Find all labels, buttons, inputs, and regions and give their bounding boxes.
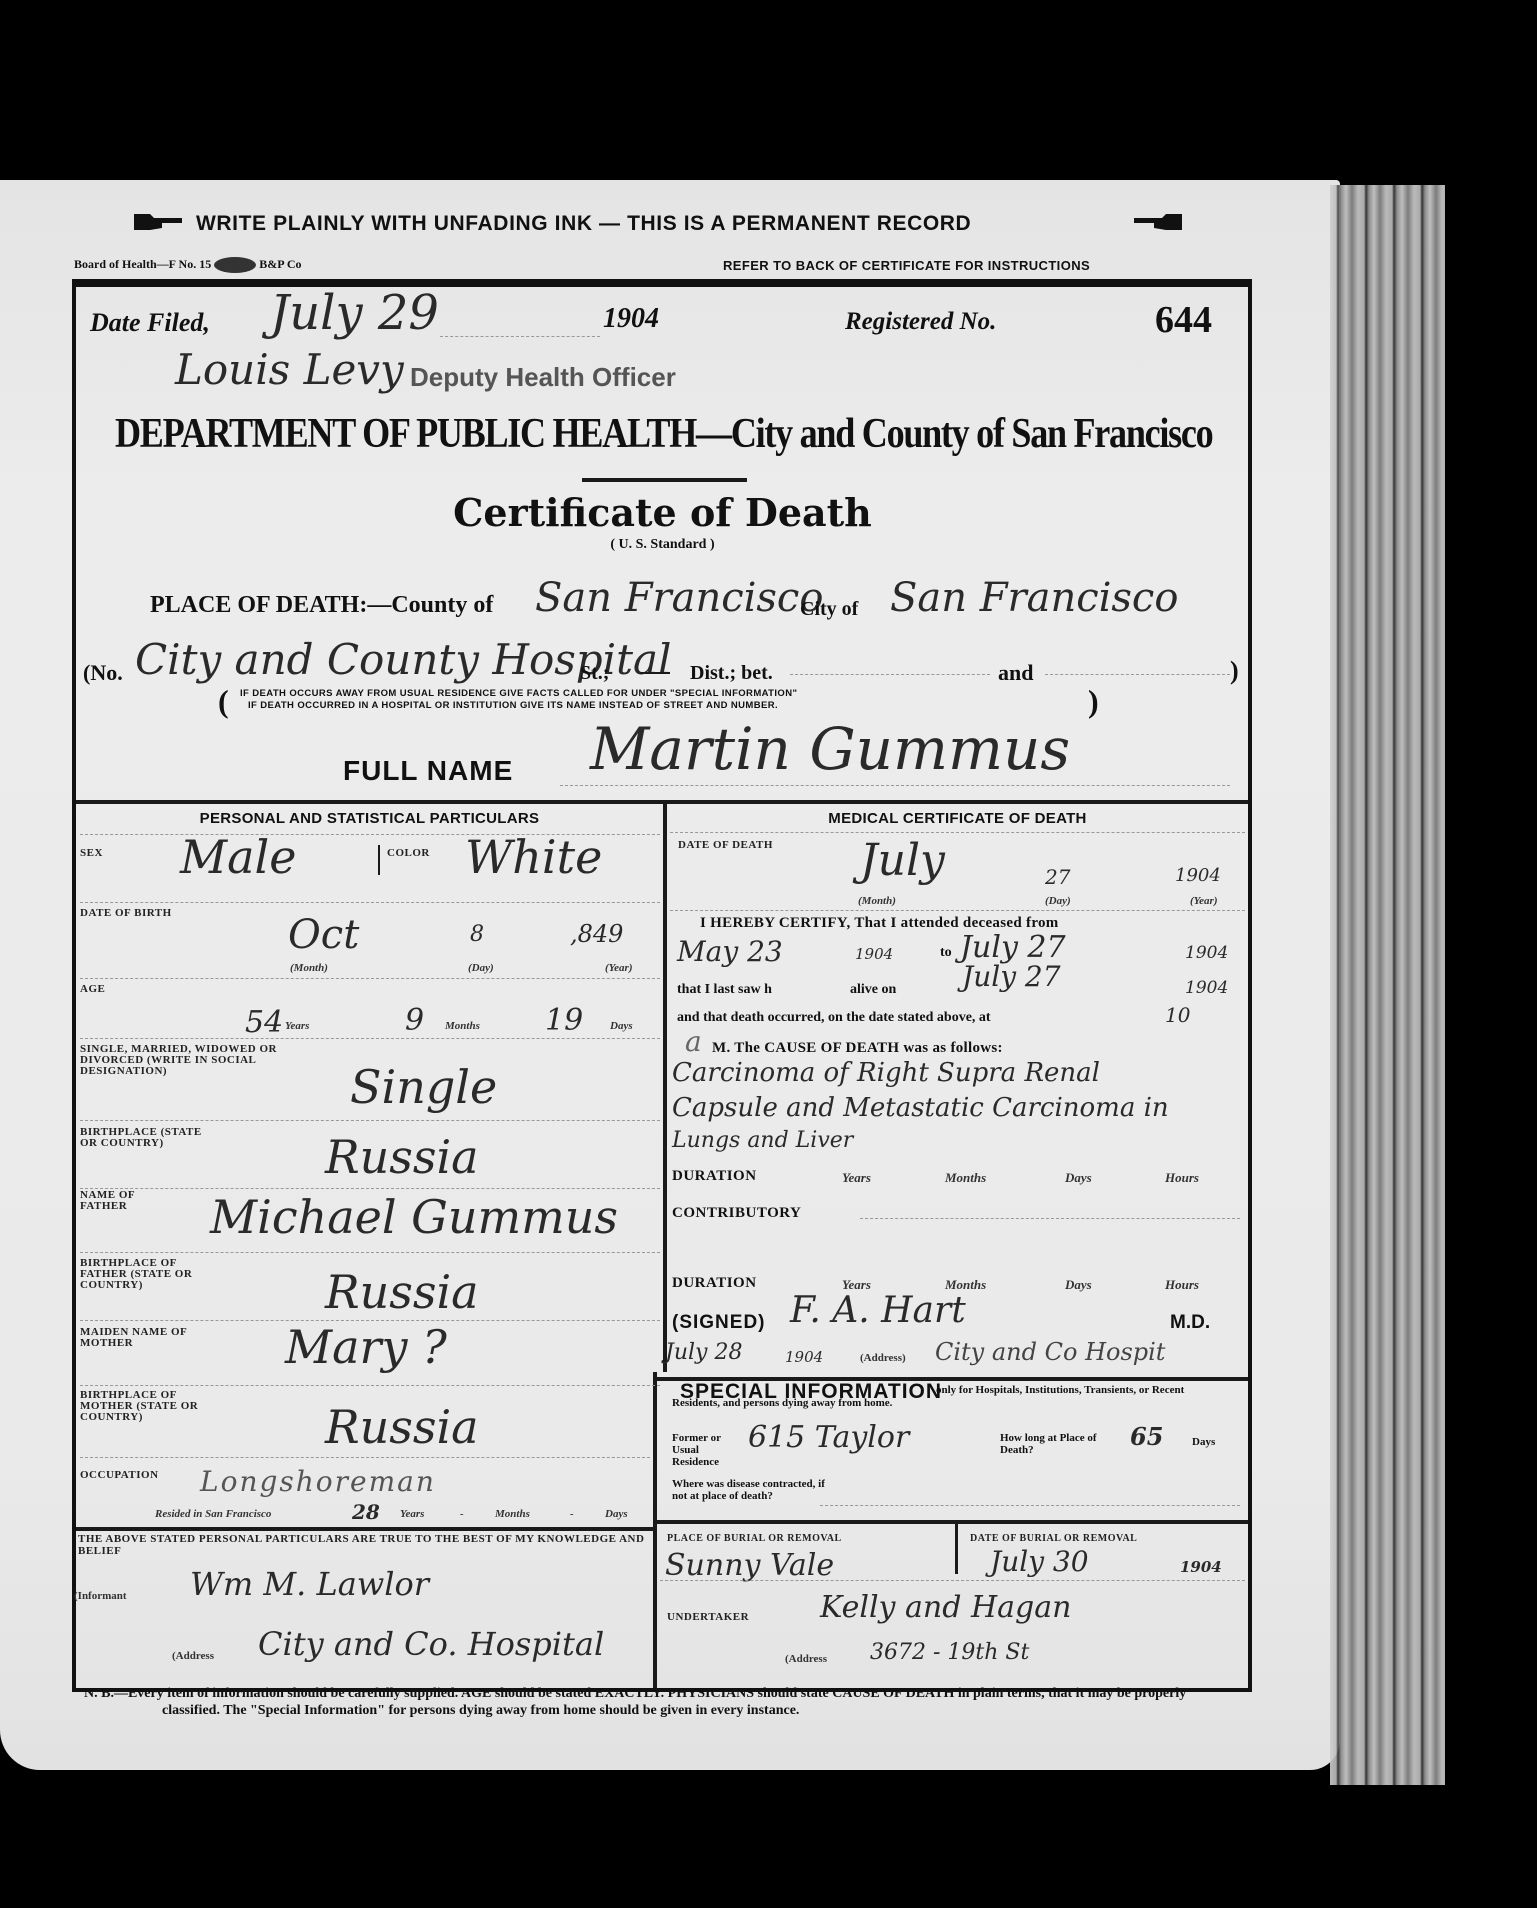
age-years-unit: Years — [285, 1020, 309, 1032]
age-years: 54 — [245, 1005, 283, 1040]
dob-day: 8 — [470, 922, 484, 947]
informant-statement: THE ABOVE STATED PERSONAL PARTICULARS AR… — [78, 1533, 648, 1557]
district-label: Dist.; bet. — [690, 662, 773, 685]
burial-divider — [657, 1520, 1248, 1524]
pointing-hand-icon-left — [132, 210, 184, 239]
registered-number: 644 — [1155, 298, 1212, 342]
duration-days: Days — [1065, 1170, 1092, 1186]
birthplace-label: BIRTHPLACE (State or Country) — [80, 1127, 220, 1149]
to-label: to — [940, 945, 952, 961]
dob-day-unit: (Day) — [468, 962, 494, 974]
book-binding-edge — [1330, 185, 1445, 1785]
last-saw-date: July 27 — [962, 960, 1061, 993]
district-blank — [790, 674, 990, 675]
father-label: NAME OF FATHER — [80, 1190, 170, 1212]
dod-year: 1904 — [1175, 865, 1221, 886]
signed-year: 1904 — [785, 1348, 823, 1366]
marital-value: Single — [350, 1060, 497, 1114]
occupation-label: OCCUPATION — [80, 1470, 159, 1481]
us-standard-label: ( U. S. Standard ) — [0, 537, 1325, 553]
undertaker-value: Kelly and Hagan — [820, 1590, 1071, 1625]
dod-label: DATE OF DEATH — [678, 840, 773, 851]
contributory-label: CONTRIBUTORY — [672, 1205, 801, 1222]
md-label: M.D. — [1170, 1312, 1210, 1334]
close-paren: ) — [1230, 656, 1239, 686]
age-row-rule — [80, 1038, 660, 1039]
duration-hours-2: Hours — [1165, 1277, 1199, 1293]
how-long-value: 65 — [1130, 1422, 1163, 1451]
dob-month-unit: (Month) — [290, 962, 328, 974]
full-name-label: FULL NAME — [343, 755, 513, 787]
age-days-unit: Days — [610, 1020, 633, 1032]
birthplace-row-rule — [80, 1188, 660, 1189]
date-filed-value: July 29 — [270, 285, 439, 341]
date-filed-label: Date Filed, — [90, 308, 210, 338]
age-months: 9 — [405, 1003, 424, 1038]
informant-label: (Informant — [74, 1590, 127, 1602]
attended-to-year: 1904 — [1185, 943, 1228, 963]
street-label: St.; — [580, 662, 609, 685]
resided-years-unit: Years — [400, 1508, 424, 1520]
city-label: City of — [800, 598, 858, 621]
dod-row-rule — [670, 910, 1245, 911]
duration-hours: Hours — [1165, 1170, 1199, 1186]
form-id: Board of Health—F No. 15 B&P Co — [74, 257, 302, 273]
duration-label-2: DURATION — [672, 1275, 757, 1292]
union-seal-icon — [214, 257, 256, 273]
resided-label: Resided in San Francisco — [155, 1508, 271, 1520]
place-of-death-label: PLACE OF DEATH:—County of — [150, 592, 493, 619]
meridiem: a — [685, 1025, 702, 1058]
place-note-line1: IF DEATH OCCURS AWAY FROM USUAL RESIDENC… — [240, 688, 797, 699]
dob-label: DATE OF BIRTH — [80, 908, 172, 919]
sex-row-rule — [80, 902, 660, 903]
dob-month: Oct — [288, 912, 359, 958]
full-name-value: Martin Gummus — [590, 715, 1070, 783]
title-divider — [582, 478, 747, 482]
color-label: COLOR — [387, 848, 430, 859]
dod-day-unit: (Day) — [1045, 895, 1071, 907]
dod-year-unit: (Year) — [1190, 895, 1218, 907]
sex-color-separator — [378, 845, 380, 875]
certificate-title: Certificate of Death — [0, 490, 1325, 535]
contracted-label: Where was disease contracted, if not at … — [672, 1478, 842, 1502]
signed-date: July 28 — [665, 1340, 742, 1365]
residence-label: Former or Usual Residence — [672, 1432, 742, 1468]
burial-place-value: Sunny Vale — [665, 1548, 834, 1583]
column-divider-upper — [663, 804, 667, 1372]
how-long-label: How long at Place of Death? — [1000, 1432, 1100, 1456]
informant-address-label: (Address — [172, 1650, 214, 1662]
printer-mark: B&P Co — [259, 257, 301, 271]
dob-year-unit: (Year) — [605, 962, 633, 974]
personal-heading: PERSONAL AND STATISTICAL PARTICULARS — [76, 810, 663, 827]
date-filed-year: 1904 — [603, 303, 659, 335]
column-divider-lower — [653, 1372, 657, 1690]
father-birthplace-label: BIRTHPLACE OF FATHER (State or Country) — [80, 1258, 220, 1291]
dod-month: July — [860, 835, 945, 886]
registered-label: Registered No. — [845, 308, 996, 336]
birthplace-value: Russia — [325, 1130, 479, 1184]
city-value: San Francisco — [890, 575, 1178, 621]
alive-label: alive on — [850, 982, 896, 998]
footer-note-prefix: N. B.— — [84, 1686, 128, 1701]
marital-label: SINGLE, MARRIED, WIDOWED OR DIVORCED (Wr… — [80, 1044, 300, 1077]
cause-line-2: Capsule and Metastatic Carcinoma in — [672, 1093, 1169, 1123]
informant-name: Wm M. Lawlor — [190, 1565, 429, 1603]
duration-years: Years — [842, 1170, 871, 1186]
burial-place-label: PLACE OF BURIAL OR REMOVAL — [667, 1533, 842, 1544]
mother-row-rule — [80, 1385, 660, 1386]
physician-address: City and Co Hospit — [935, 1338, 1165, 1366]
department-title: DEPARTMENT OF PUBLIC HEALTH—City and Cou… — [115, 410, 1212, 458]
special-heading-note: only for Hospitals, Institutions, Transi… — [672, 1384, 1222, 1410]
marital-row-rule — [80, 1120, 660, 1121]
burial-row-rule — [660, 1580, 1245, 1581]
last-saw-year: 1904 — [1185, 978, 1228, 998]
occupation-value: Longshoreman — [200, 1465, 436, 1498]
mother-birthplace-value: Russia — [325, 1400, 479, 1454]
informant-address: City and Co. Hospital — [258, 1625, 604, 1663]
undertaker-label: UNDERTAKER — [667, 1612, 749, 1623]
burial-column-divider — [955, 1524, 958, 1574]
color-value: White — [465, 830, 602, 884]
pointing-hand-icon-right — [1132, 210, 1184, 239]
sex-value: Male — [180, 830, 296, 884]
section-divider — [76, 800, 1248, 804]
how-long-unit: Days — [1192, 1436, 1215, 1448]
residence-value: 615 Taylor — [748, 1420, 909, 1455]
note-close-paren: ) — [1088, 683, 1099, 720]
burial-year: 1904 — [1180, 1558, 1222, 1576]
duration-label: DURATION — [672, 1168, 757, 1185]
resided-days-unit: Days — [605, 1508, 628, 1520]
age-label: AGE — [80, 984, 105, 995]
street-no-label: (No. — [83, 660, 123, 686]
physician-signature: F. A. Hart — [790, 1290, 966, 1331]
undertaker-address: 3672 - 19th St — [870, 1640, 1029, 1665]
resided-months: - — [460, 1508, 464, 1520]
street-blank — [640, 672, 670, 674]
burial-date-label: DATE of BURIAL or REMOVAL — [970, 1533, 1137, 1544]
duration-months: Months — [945, 1170, 986, 1186]
father-birthplace-value: Russia — [325, 1265, 479, 1319]
mother-birthplace-row-rule — [80, 1457, 650, 1458]
medical-heading: MEDICAL CERTIFICATE OF DEATH — [667, 810, 1248, 827]
contracted-blank — [820, 1505, 1240, 1506]
and-blank — [1045, 674, 1230, 675]
death-hour: 10 — [1165, 1003, 1190, 1027]
attended-from: May 23 — [677, 935, 783, 968]
dob-year: ,849 — [570, 920, 623, 948]
contributory-blank — [860, 1218, 1240, 1219]
duration-days-2: Days — [1065, 1277, 1092, 1293]
officer-signature: Louis Levy — [175, 345, 404, 394]
undertaker-address-label: (Address — [785, 1653, 827, 1665]
resided-months-unit: Months — [495, 1508, 530, 1520]
resided-days: - — [570, 1508, 574, 1520]
cause-line-3: Lungs and Liver — [672, 1128, 853, 1153]
instructions-note: REFER TO BACK OF CERTIFICATE FOR INSTRUC… — [723, 258, 1090, 273]
father-value: Michael Gummus — [210, 1190, 618, 1244]
signed-label: (SIGNED) — [672, 1312, 766, 1334]
medical-heading-rule — [670, 832, 1245, 833]
cause-line-1: Carcinoma of Right Supra Renal — [672, 1058, 1100, 1088]
footer-note: N. B.—Every item of information should b… — [84, 1685, 1212, 1719]
place-note-line2: IF DEATH OCCURRED IN A HOSPITAL OR INSTI… — [248, 700, 778, 711]
officer-title: Deputy Health Officer — [410, 362, 676, 393]
occurred-text: and that death occurred, on the date sta… — [677, 1010, 991, 1026]
dod-month-unit: (Month) — [858, 895, 896, 907]
cause-text: M. The CAUSE OF DEATH was as follows: — [712, 1040, 1003, 1057]
age-months-unit: Months — [445, 1020, 480, 1032]
dod-day: 27 — [1045, 865, 1070, 889]
mother-label: MAIDEN NAME OF MOTHER — [80, 1327, 210, 1349]
county-value: San Francisco — [535, 575, 823, 621]
date-filed-underline — [440, 336, 600, 337]
mother-birthplace-label: BIRTHPLACE OF MOTHER (State or Country) — [80, 1390, 220, 1423]
informant-divider — [76, 1527, 653, 1531]
age-days: 19 — [545, 1003, 583, 1038]
father-row-rule — [80, 1252, 660, 1253]
footer-note-text: Every item of information should be care… — [128, 1686, 1186, 1718]
attended-from-year: 1904 — [855, 945, 893, 963]
banner-text: WRITE PLAINLY WITH UNFADING INK — THIS I… — [196, 212, 971, 236]
sex-label: SEX — [80, 848, 103, 859]
and-label: and — [998, 660, 1033, 686]
mother-value: Mary ? — [285, 1320, 447, 1374]
physician-address-label: (Address) — [860, 1352, 906, 1364]
burial-date-value: July 30 — [990, 1545, 1089, 1578]
resided-years: 28 — [352, 1500, 380, 1524]
form-number: Board of Health—F No. 15 — [74, 257, 211, 271]
full-name-underline — [560, 785, 1230, 786]
dob-row-rule — [80, 978, 660, 979]
note-open-paren: ( — [218, 683, 229, 720]
last-saw-label: that I last saw h — [677, 982, 772, 998]
